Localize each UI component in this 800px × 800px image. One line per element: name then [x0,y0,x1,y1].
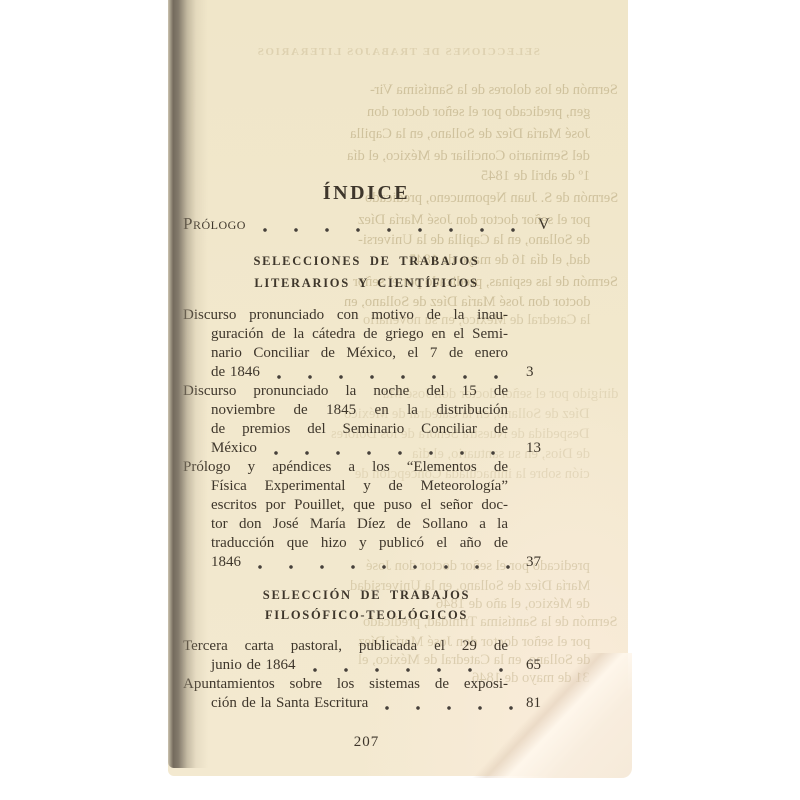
section-heading-line: SELECCIÓN DE TRABAJOS [183,585,550,605]
toc-line: tor don José María Díez de Sollano a la [183,515,550,534]
toc-entry: Tercera carta pastoral, publicada el 29 … [183,637,550,675]
section-heading-line: SELECCIONES DE TRABAJOS [183,250,550,272]
toc-line: México 13 [183,439,550,458]
toc-line-text: junio de 1864 [211,656,296,675]
page-ref: 37 [526,553,550,572]
toc-line: Prólogo y apéndices a los “Elementos de [183,458,550,477]
toc-line: traducción que hizo y publicó el año de [183,534,550,553]
dot-leader [308,661,517,675]
book-page: SELECCIONES DE TRABAJOS LITERARIOS Sermó… [168,0,628,776]
toc-entry: Prólogo y apéndices a los “Elementos de … [183,458,550,572]
dot-leader [380,699,516,713]
toc-line-text: ción de la Santa Escritura [211,694,368,713]
toc-line: ción de la Santa Escritura 81 [183,694,550,713]
page-ref: V [526,215,550,235]
dot-leader [253,558,516,572]
section-heading-line: FILOSÓFICO-TEOLÓGICOS [183,605,550,625]
toc-line-text: 1846 [211,553,241,572]
toc-entry: Discurso pronunciado la noche del 15 de … [183,382,550,458]
folio-page-number: 207 [183,734,550,751]
page-ref: 65 [526,656,550,675]
section-heading: SELECCIONES DE TRABAJOS LITERARIOS Y CIE… [183,250,550,294]
toc-line: Discurso pronunciado la noche del 15 de [183,382,550,401]
page-title: ÍNDICE [183,0,550,204]
dot-leader [269,444,516,458]
toc-content: ÍNDICE Prólogo V SELECCIONES DE TRABAJOS… [183,0,550,751]
toc-line: Apuntamientos sobre los sistemas de expo… [183,675,550,694]
page-ref: 81 [526,694,550,713]
dot-leader [272,368,516,382]
toc-line: escritos por Pouillet, que puso el señor… [183,496,550,515]
section-heading: SELECCIÓN DE TRABAJOS FILOSÓFICO-TEOLÓGI… [183,585,550,625]
toc-line: de 1846 3 [183,363,550,382]
section-heading-line: LITERARIOS Y CIENTÍFICOS [183,272,550,294]
toc-entry: Discurso pronunciado con motivo de la in… [183,306,550,382]
toc-line: Física Experimental y de Meteorología” [183,477,550,496]
toc-line: guración de la cátedra de griego en el S… [183,325,550,344]
toc-section-entries: Discurso pronunciado con motivo de la in… [183,306,550,572]
toc-entry: Apuntamientos sobre los sistemas de expo… [183,675,550,713]
toc-line-text: México [211,439,257,458]
toc-line: noviembre de 1845 en la distribución [183,401,550,420]
page-ref: 13 [526,439,550,458]
toc-entry-prologo: Prólogo V [183,214,550,235]
toc-line: nario Conciliar de México, el 7 de enero [183,344,550,363]
page-ref: 3 [526,363,550,382]
toc-section-entries: Tercera carta pastoral, publicada el 29 … [183,637,550,713]
toc-line-text: Prólogo [183,214,246,234]
toc-line: 1846 37 [183,553,550,572]
toc-line: Discurso pronunciado con motivo de la in… [183,306,550,325]
toc-line: junio de 1864 65 [183,656,550,675]
toc-line-text: de 1846 [211,363,260,382]
dot-leader [258,221,516,235]
toc-line: Tercera carta pastoral, publicada el 29 … [183,637,550,656]
toc-line: de premios del Seminario Conciliar de [183,420,550,439]
